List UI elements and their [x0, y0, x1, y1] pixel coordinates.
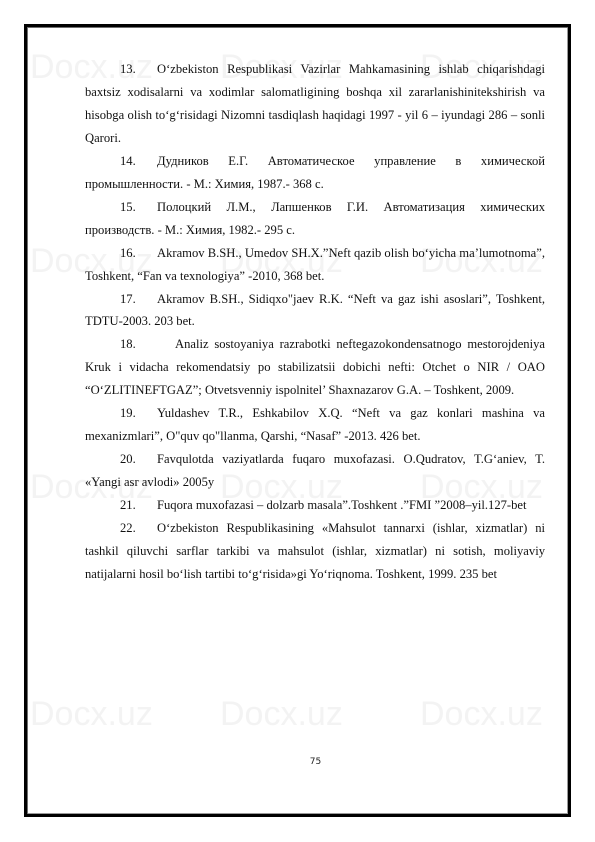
- reference-item: 14.Дудников Е.Г. Автоматическое управлен…: [85, 150, 545, 196]
- reference-item: 19.Yuldashev T.R., Eshkabilov X.Q. “Neft…: [85, 402, 545, 448]
- reference-list: 13.O‘zbekiston Respublikasi Vazirlar Mah…: [85, 58, 545, 586]
- reference-text: Fuqora muxofazasi – dolzarb masala”.Tosh…: [157, 498, 527, 512]
- reference-item: 17.Akramov B.SH., Sidiqxo"jaev R.K. “Nef…: [85, 288, 545, 334]
- reference-number: 17.: [120, 288, 157, 311]
- reference-number: 22.: [120, 517, 157, 540]
- reference-item: 22.O‘zbekiston Respublikasining «Mahsulo…: [85, 517, 545, 586]
- reference-number: 20.: [120, 448, 157, 471]
- reference-number: 13.: [120, 58, 157, 81]
- reference-item: 21.Fuqora muxofazasi – dolzarb masala”.T…: [85, 494, 545, 517]
- reference-number: 16.: [120, 242, 157, 265]
- reference-number: 19.: [120, 402, 157, 425]
- reference-item: 13.O‘zbekiston Respublikasi Vazirlar Mah…: [85, 58, 545, 150]
- reference-item: 20.Favqulotda vaziyatlarda fuqaro muxofa…: [85, 448, 545, 494]
- reference-number: 21.: [120, 494, 157, 517]
- reference-item: 18.Analiz sostoyaniya razrabotki neftega…: [85, 333, 545, 402]
- reference-number: 18.: [120, 333, 175, 356]
- reference-item: 16.Akramov B.SH., Umedov SH.X.”Neft qazi…: [85, 242, 545, 288]
- reference-item: 15.Полоцкий Л.М., Лапшенков Г.И. Автомат…: [85, 196, 545, 242]
- reference-number: 14.: [120, 150, 157, 173]
- reference-number: 15.: [120, 196, 157, 219]
- page-number: 75: [0, 757, 595, 767]
